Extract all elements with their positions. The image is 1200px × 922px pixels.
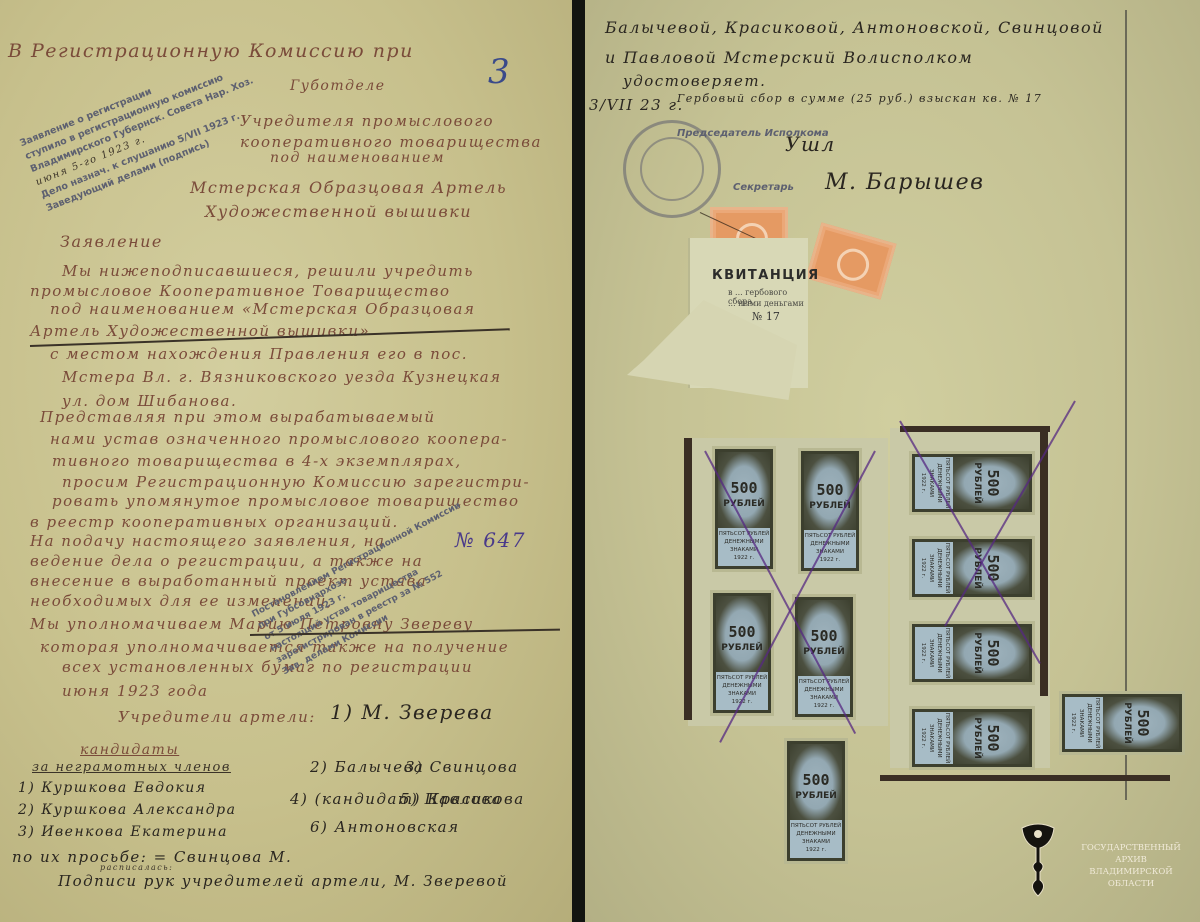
founder-signature: 5) Павлова	[400, 790, 502, 808]
chairman-signature: Ушл	[785, 132, 836, 156]
addressee-line-5: под наименованием	[270, 150, 445, 166]
fee-line: Гербовый сбор в сумме (25 руб.) взыскан …	[677, 92, 1042, 105]
body-line: июня 1923 года	[62, 682, 208, 700]
caption-year: 1922 г.	[1069, 697, 1077, 749]
caption-line: ПЯТЬСОТ РУБЛЕЙ	[943, 627, 951, 679]
addressee-line-7: Художественной вышивки	[205, 202, 472, 221]
stamp-value: 500	[984, 624, 1002, 682]
stamp-value: 500	[713, 623, 771, 641]
body-line: Артель Художественной вышивки»	[30, 322, 370, 340]
revenue-stamp: 500РУБЛЕЙПЯТЬСОТ РУБЛЕЙДЕНЕЖНЫМИЗНАКАМИ1…	[909, 621, 1035, 685]
caption-line: ЗНАКАМИ	[927, 712, 935, 764]
header-line-3: удостоверяет.	[623, 72, 766, 90]
body-line: Мстера Вл. г. Вязниковского уезда Кузнец…	[62, 368, 502, 386]
founder-signature: 1) М. Зверева	[330, 700, 494, 724]
caption-line: ЗНАКАМИ	[718, 546, 770, 554]
body-line: На подачу настоящего заявления, на	[30, 532, 385, 550]
caption-line: ПЯТЬСОТ РУБЛЕЙ	[1093, 697, 1101, 749]
caption-year: 1922 г.	[919, 542, 927, 594]
stamp-caption: ПЯТЬСОТ РУБЛЕЙДЕНЕЖНЫМИЗНАКАМИ1922 г.	[915, 712, 953, 764]
caption-line: ДЕНЕЖНЫМИ	[1085, 697, 1093, 749]
caption-line: ДЕНЕЖНЫМИ	[935, 627, 943, 679]
archive-name-line-2: ВЛАДИМИРСКОЙ ОБЛАСТИ	[1066, 866, 1196, 890]
founders-label: Учредители артели:	[118, 708, 316, 726]
stamp-currency: РУБЛЕЙ	[972, 709, 982, 767]
sheet-border	[1040, 426, 1048, 696]
stamp-currency: РУБЛЕЙ	[713, 643, 771, 653]
sheet-border	[900, 426, 1050, 432]
body-line: с местом нахождения Правления его в пос.	[50, 345, 468, 363]
body-line: в реестр кооперативных организаций.	[30, 513, 399, 531]
archive-emblem-icon	[1020, 822, 1056, 898]
caption-line: ПЯТЬСОТ РУБЛЕЙ	[716, 674, 768, 682]
stamp-value: 500	[1134, 694, 1152, 752]
caption-line: ДЕНЕЖНЫМИ	[798, 686, 850, 694]
caption-line: ДЕНЕЖНЫМИ	[935, 712, 943, 764]
founder-signature: 3) Свинцова	[405, 758, 519, 776]
body-line: Представляя при этом вырабатываемый	[40, 408, 436, 426]
candidates-subheading: за неграмотных членов	[32, 760, 231, 775]
addressee-line-4: кооперативного товарищества	[240, 133, 542, 151]
stamp-currency: РУБЛЕЙ	[801, 501, 859, 511]
stamp-value: 500	[984, 539, 1002, 597]
registration-number: № 647	[455, 528, 526, 552]
closing-line: Подписи рук учредителей артели, М. Звере…	[58, 872, 508, 890]
stamp-value: 500	[984, 709, 1002, 767]
caption-line: ДЕНЕЖНЫМИ	[804, 540, 856, 548]
candidates-heading: кандидаты	[80, 742, 179, 758]
page-number: 3	[488, 52, 510, 92]
caption-year: 1922 г.	[919, 627, 927, 679]
stamp-currency: РУБЛЕЙ	[1122, 694, 1132, 752]
stamp-currency: РУБЛЕЙ	[787, 791, 845, 801]
page-edge-line	[1125, 10, 1127, 800]
revenue-stamp: 500РУБЛЕЙПЯТЬСОТ РУБЛЕЙДЕНЕЖНЫМИЗНАКАМИ1…	[792, 594, 856, 720]
caption-year: 1922 г.	[919, 712, 927, 764]
caption-line: ЗНАКАМИ	[1077, 697, 1085, 749]
stamp-caption: ПЯТЬСОТ РУБЛЕЙДЕНЕЖНЫМИЗНАКАМИ1922 г.	[1065, 697, 1103, 749]
sheet-border	[880, 775, 1170, 781]
stamp-caption: ПЯТЬСОТ РУБЛЕЙДЕНЕЖНЫМИЗНАКАМИ1922 г.	[790, 820, 842, 858]
caption-line: ЗНАКАМИ	[927, 627, 935, 679]
secretary-label: Секретарь	[733, 182, 794, 193]
archive-logo: ГОСУДАРСТВЕННЫЙ АРХИВ ВЛАДИМИРСКОЙ ОБЛАС…	[1016, 822, 1196, 900]
founder-signature: 6) Антоновская	[310, 818, 460, 836]
candidate-item: 3) Ивенкова Екатерина	[18, 824, 228, 840]
caption-line: ДЕНЕЖНЫМИ	[790, 830, 842, 838]
caption-line: ЗНАКАМИ	[804, 548, 856, 556]
caption-line: ПЯТЬСОТ РУБЛЕЙ	[718, 530, 770, 538]
archive-name-line-1: ГОСУДАРСТВЕННЫЙ АРХИВ	[1066, 842, 1196, 866]
revenue-stamp: 500РУБЛЕЙПЯТЬСОТ РУБЛЕЙДЕНЕЖНЫМИЗНАКАМИ1…	[712, 446, 776, 572]
application-heading: Заявление	[60, 232, 163, 251]
caption-line: ДЕНЕЖНЫМИ	[935, 542, 943, 594]
archive-name: ГОСУДАРСТВЕННЫЙ АРХИВ ВЛАДИМИРСКОЙ ОБЛАС…	[1066, 842, 1196, 890]
stamp-caption: ПЯТЬСОТ РУБЛЕЙДЕНЕЖНЫМИЗНАКАМИ1922 г.	[915, 542, 953, 594]
stamp-currency: РУБЛЕЙ	[795, 647, 853, 657]
body-line: нами устав означенного промыслового кооп…	[50, 430, 508, 448]
stamp-caption: ПЯТЬСОТ РУБЛЕЙДЕНЕЖНЫМИЗНАКАМИ1922 г.	[915, 627, 953, 679]
revenue-stamp: 500РУБЛЕЙПЯТЬСОТ РУБЛЕЙДЕНЕЖНЫМИЗНАКАМИ1…	[909, 451, 1035, 515]
body-line: тивного товарищества в 4-х экземплярах,	[52, 452, 462, 470]
stamp-caption: ПЯТЬСОТ РУБЛЕЙДЕНЕЖНЫМИЗНАКАМИ1922 г.	[716, 672, 768, 710]
signed-note: расписалась:	[100, 863, 173, 872]
revenue-stamp: 500РУБЛЕЙПЯТЬСОТ РУБЛЕЙДЕНЕЖНЫМИЗНАКАМИ1…	[909, 706, 1035, 770]
stamp-value: 500	[787, 771, 845, 789]
caption-year: 1922 г.	[804, 556, 856, 564]
revenue-stamp: 500РУБЛЕЙПЯТЬСОТ РУБЛЕЙДЕНЕЖНЫМИЗНАКАМИ1…	[784, 738, 848, 864]
body-line: промысловое Кооперативное Товарищество	[30, 282, 451, 300]
stamp-currency: РУБЛЕЙ	[715, 499, 773, 509]
candidate-item: 1) Куршкова Евдокия	[18, 780, 207, 796]
caption-line: ДЕНЕЖНЫМИ	[716, 682, 768, 690]
caption-line: ЗНАКАМИ	[927, 542, 935, 594]
header-line-1: Балычевой, Красиковой, Антоновской, Свин…	[605, 18, 1104, 37]
body-line: всех установленных бумаг по регистрации	[62, 658, 473, 676]
caption-line: ЗНАКАМИ	[798, 694, 850, 702]
addressee-line-2: Губотделе	[290, 78, 386, 94]
caption-line: ПЯТЬСОТ РУБЛЕЙ	[798, 678, 850, 686]
stamp-emblem-icon	[833, 245, 873, 285]
addressee-line-3: Учредителя промыслового	[240, 112, 494, 130]
addressee-line-6: Мстерская Образцовая Артель	[190, 178, 507, 197]
body-line: под наименованием «Мстерская Образцовая	[50, 300, 475, 318]
stamp-currency: РУБЛЕЙ	[972, 624, 982, 682]
caption-year: 1922 г.	[790, 846, 842, 854]
revenue-stamp: 500РУБЛЕЙПЯТЬСОТ РУБЛЕЙДЕНЕЖНЫМИЗНАКАМИ1…	[1059, 691, 1185, 755]
stamp-currency: РУБЛЕЙ	[972, 454, 982, 512]
body-line: Мы нижеподписавшиеся, решили учредить	[62, 262, 474, 280]
caption-line: ПЯТЬСОТ РУБЛЕЙ	[790, 822, 842, 830]
seal-emblem	[640, 137, 704, 201]
candidate-item: 2) Куршкова Александра	[18, 802, 237, 818]
header-line-2: и Павловой Мстерский Волисполком	[605, 48, 973, 67]
date: 3/VII 23 г.	[589, 96, 684, 114]
stamp-value: 500	[984, 454, 1002, 512]
caption-line: ДЕНЕЖНЫМИ	[718, 538, 770, 546]
revenue-stamp: 500РУБЛЕЙПЯТЬСОТ РУБЛЕЙДЕНЕЖНЫМИЗНАКАМИ1…	[798, 448, 862, 574]
body-line: просим Регистрационную Комиссию зарегист…	[62, 473, 530, 491]
receipt-title: КВИТАНЦИЯ	[712, 268, 820, 283]
caption-line: ЗНАКАМИ	[790, 838, 842, 846]
caption-line: ПЯТЬСОТ РУБЛЕЙ	[943, 542, 951, 594]
caption-line: ПЯТЬСОТ РУБЛЕЙ	[943, 712, 951, 764]
receipt-line-2: ... ными деньгами	[728, 299, 804, 308]
receipt-number: № 17	[752, 310, 780, 323]
sheet-border	[684, 438, 692, 720]
secretary-signature: М. Барышев	[825, 170, 984, 195]
left-page: 3 В Регистрационную Комиссию при Губотде…	[0, 0, 574, 922]
